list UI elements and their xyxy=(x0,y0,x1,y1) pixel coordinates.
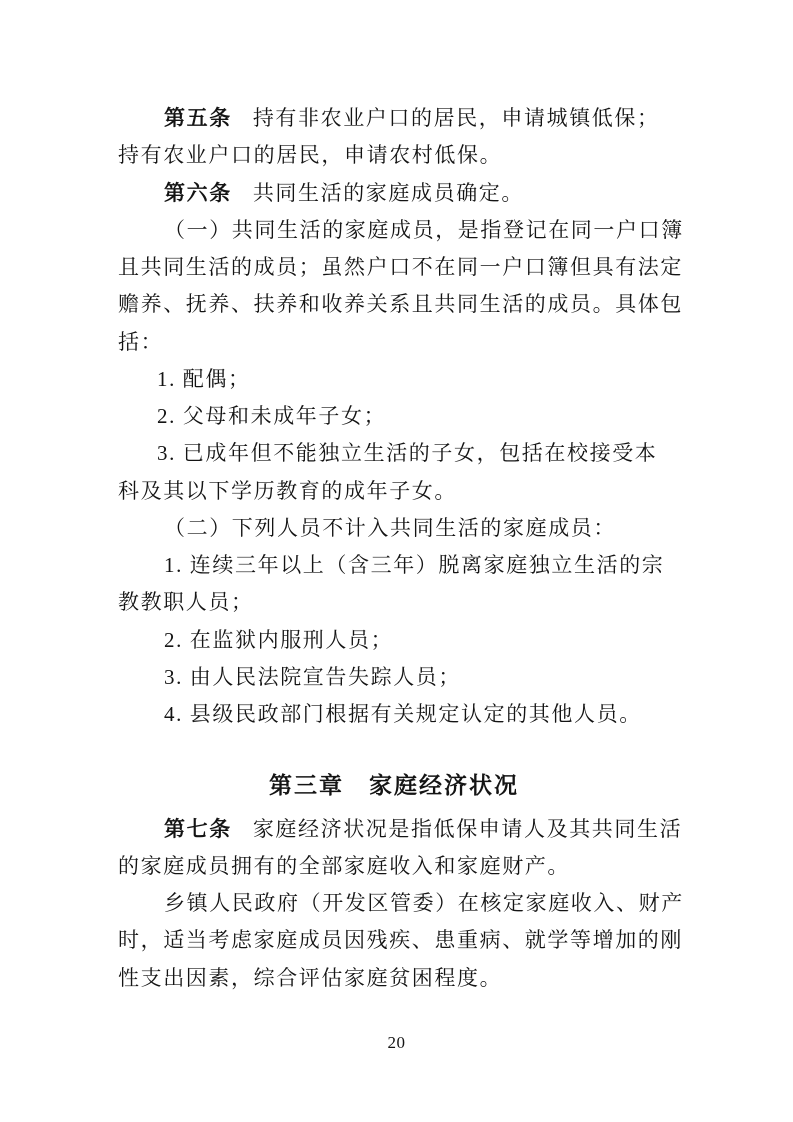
line-text: 3. 由人民法院宣告失踪人员； xyxy=(164,665,461,689)
text-line: 1. 配偶； xyxy=(118,361,670,398)
text-line: 的家庭成员拥有的全部家庭收入和家庭财产。 xyxy=(118,848,670,885)
article-number: 第五条 xyxy=(164,106,232,130)
chapter-heading-text: 第三章 家庭经济状况 xyxy=(269,773,519,799)
text-line: 且共同生活的成员；虽然户口不在同一户口簿但具有法定 xyxy=(118,249,670,286)
line-text: 1. 连续三年以上（含三年）脱离家庭独立生活的宗 xyxy=(164,553,664,577)
text-line: 第五条持有非农业户口的居民，申请城镇低保； xyxy=(118,100,670,137)
line-text: 教教职人员； xyxy=(118,590,254,614)
text-line: 3. 由人民法院宣告失踪人员； xyxy=(118,659,670,696)
line-text: 2. 在监狱内服刑人员； xyxy=(164,628,393,652)
article-number: 第六条 xyxy=(164,181,232,205)
document-content: 第五条持有非农业户口的居民，申请城镇低保；持有农业户口的居民，申请农村低保。第六… xyxy=(118,100,670,997)
text-line: 第六条共同生活的家庭成员确定。 xyxy=(118,175,670,212)
line-text: 持有农业户口的居民，申请农村低保。 xyxy=(118,143,502,167)
line-text: 性支出因素，综合评估家庭贫困程度。 xyxy=(118,966,502,990)
line-text: 时，适当考虑家庭成员因残疾、患重病、就学等增加的刚 xyxy=(118,928,683,952)
text-line: 持有农业户口的居民，申请农村低保。 xyxy=(118,137,670,174)
line-text: 持有非农业户口的居民，申请城镇低保； xyxy=(253,106,660,130)
page-number: 20 xyxy=(0,1033,793,1053)
line-text: 共同生活的家庭成员确定。 xyxy=(253,181,524,205)
article-number: 第七条 xyxy=(164,817,232,841)
line-text: （一）共同生活的家庭成员，是指登记在同一户口簿 xyxy=(164,218,684,242)
line-text: 赡养、抚养、扶养和收养关系且共同生活的成员。具体包 xyxy=(118,292,683,316)
text-line: 性支出因素，综合评估家庭贫困程度。 xyxy=(118,960,670,997)
line-text: 科及其以下学历教育的成年子女。 xyxy=(118,479,457,503)
line-text: 3. 已成年但不能独立生活的子女，包括在校接受本 xyxy=(157,441,657,465)
line-text: 1. 配偶； xyxy=(157,367,251,391)
text-line: 3. 已成年但不能独立生活的子女，包括在校接受本 xyxy=(118,435,670,472)
document-page: 第五条持有非农业户口的居民，申请城镇低保；持有农业户口的居民，申请农村低保。第六… xyxy=(0,0,793,1122)
text-line: 括： xyxy=(118,324,670,361)
text-line: 赡养、抚养、扶养和收养关系且共同生活的成员。具体包 xyxy=(118,286,670,323)
text-line: 教教职人员； xyxy=(118,584,670,621)
text-line: 第七条家庭经济状况是指低保申请人及其共同生活 xyxy=(118,811,670,848)
text-line: （二）下列人员不计入共同生活的家庭成员： xyxy=(118,510,670,547)
chapter-heading: 第三章 家庭经济状况 xyxy=(118,768,670,805)
line-text: 乡镇人民政府（开发区管委）在核定家庭收入、财产 xyxy=(164,891,684,915)
line-text: （二）下列人员不计入共同生活的家庭成员： xyxy=(164,516,616,540)
line-text: 且共同生活的成员；虽然户口不在同一户口簿但具有法定 xyxy=(118,255,683,279)
line-text: 2. 父母和未成年子女； xyxy=(157,404,386,428)
text-line: （一）共同生活的家庭成员，是指登记在同一户口簿 xyxy=(118,212,670,249)
line-text: 4. 县级民政部门根据有关规定认定的其他人员。 xyxy=(164,702,642,726)
line-text: 括： xyxy=(118,330,163,354)
text-line: 2. 父母和未成年子女； xyxy=(118,398,670,435)
line-text: 家庭经济状况是指低保申请人及其共同生活 xyxy=(253,817,682,841)
text-line: 4. 县级民政部门根据有关规定认定的其他人员。 xyxy=(118,696,670,733)
line-text: 的家庭成员拥有的全部家庭收入和家庭财产。 xyxy=(118,854,570,878)
text-line: 时，适当考虑家庭成员因残疾、患重病、就学等增加的刚 xyxy=(118,922,670,959)
text-line: 乡镇人民政府（开发区管委）在核定家庭收入、财产 xyxy=(118,885,670,922)
text-line: 2. 在监狱内服刑人员； xyxy=(118,622,670,659)
text-line: 1. 连续三年以上（含三年）脱离家庭独立生活的宗 xyxy=(118,547,670,584)
text-line: 科及其以下学历教育的成年子女。 xyxy=(118,473,670,510)
